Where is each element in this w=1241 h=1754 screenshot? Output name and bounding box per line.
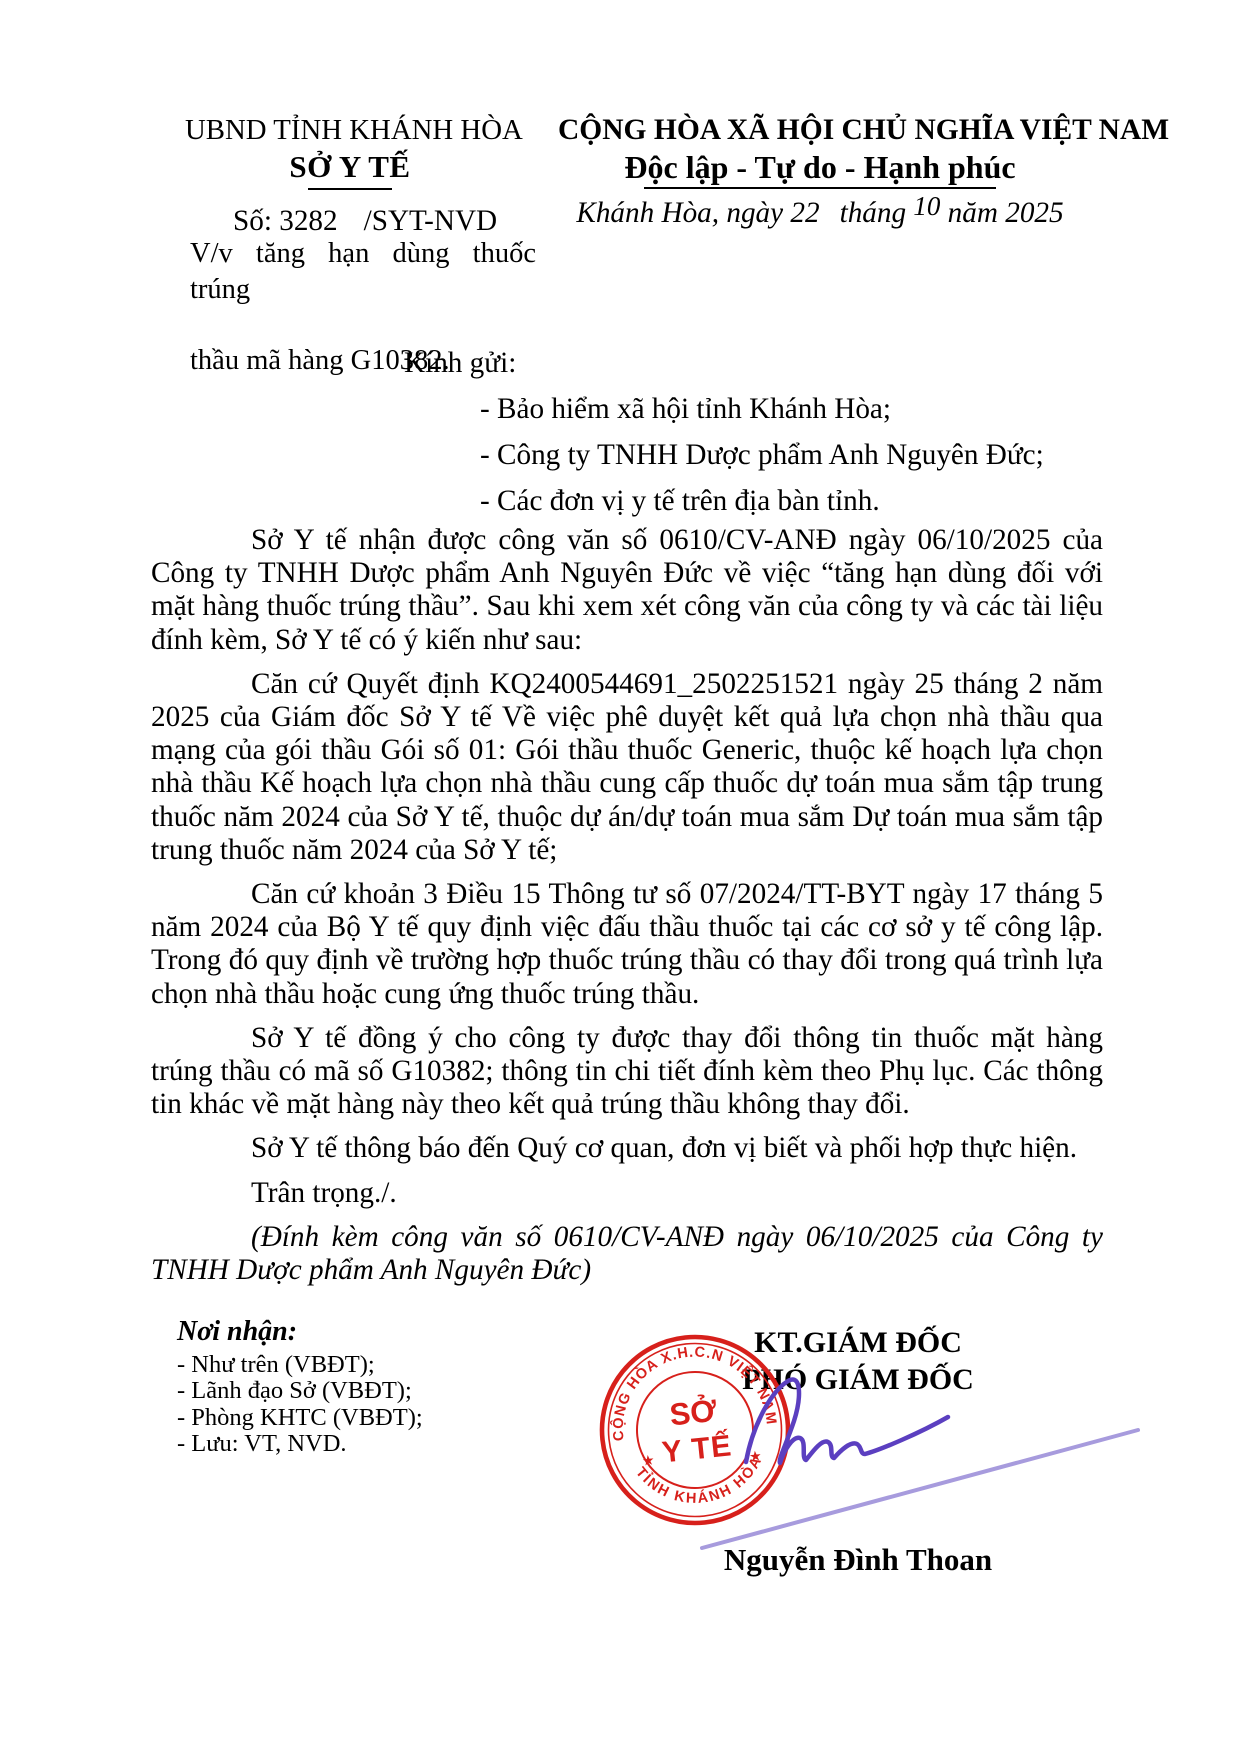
subject-line-1: V/v tăng hạn dùng thuốc trúng [190,236,536,343]
motto-underline [644,187,996,189]
national-motto-line-1: CỘNG HÒA XÃ HỘI CHỦ NGHĨA VIỆT NAM [558,112,1082,148]
recipient-line: - Công ty TNHH Dược phẩm Anh Nguyên Đức; [480,432,1103,478]
cc-item: - Phòng KHTC (VBĐT); [177,1405,423,1431]
document-page: UBND TỈNH KHÁNH HÒA SỞ Y TẾ Số: 3282/SYT… [0,0,1241,1754]
paragraph: Sở Y tế đồng ý cho công ty được thay đổi… [151,1022,1103,1122]
place-date-prefix: Khánh Hòa, ngày 22 [576,197,819,229]
paragraph: Căn cứ Quyết định KQ2400544691_250225152… [151,668,1103,867]
paragraph: Sở Y tế thông báo đến Quý cơ quan, đơn v… [151,1132,1103,1165]
cc-list: - Như trên (VBĐT); - Lãnh đạo Sở (VBĐT);… [177,1352,423,1458]
paragraph: Sở Y tế nhận được công văn số 0610/CV-AN… [151,524,1103,657]
month-label: tháng [840,197,906,229]
national-motto-line-2: Độc lập - Tự do - Hạnh phúc [558,148,1082,186]
recipient-line: - Bảo hiểm xã hội tỉnh Khánh Hòa; [480,386,1103,432]
stamp-star-right-icon: ★ [748,1449,762,1465]
stamp-center-line-1: SỞ [668,1392,719,1433]
issuer-org: SỞ Y TẾ [185,148,515,186]
stamp-star-left-icon: ★ [641,1453,655,1469]
paragraph: Căn cứ khoản 3 Điều 15 Thông tư số 07/20… [151,878,1103,1011]
document-number: Số: 3282 [233,205,338,237]
issuer-parent-org: UBND TỈNH KHÁNH HÒA [185,112,515,148]
cc-item: - Lãnh đạo Sở (VBĐT); [177,1378,423,1404]
document-number-suffix: /SYT-NVD [364,205,498,237]
salutation-block: Kính gửi: - Bảo hiểm xã hội tỉnh Khánh H… [151,340,1103,524]
issuer-block: UBND TỈNH KHÁNH HÒA SỞ Y TẾ [185,112,515,190]
national-header-block: CỘNG HÒA XÃ HỘI CHỦ NGHĨA VIỆT NAM Độc l… [558,112,1082,230]
cc-item: - Như trên (VBĐT); [177,1352,423,1378]
signer-name: Nguyễn Đình Thoan [658,1542,1058,1578]
closing-line: Trân trọng./. [151,1177,1103,1210]
stamp-center-line-2: Y TẾ [660,1428,733,1469]
cc-item: - Lưu: VT, NVD. [177,1431,423,1457]
letter-body: Kính gửi: - Bảo hiểm xã hội tỉnh Khánh H… [151,340,1103,1298]
month-value: 10 [913,191,940,221]
year-suffix: năm 2025 [948,197,1064,229]
official-stamp: CỘNG HÒA X.H.C.N VIỆT NAM TỈNH KHÁNH HÒA… [598,1333,792,1527]
issuer-underline [308,188,392,190]
recipient-line: - Các đơn vị y tế trên địa bàn tỉnh. [480,478,1103,524]
salutation: Kính gửi: [404,340,1103,386]
attachment-note: (Đính kèm công văn số 0610/CV-ANĐ ngày 0… [151,1221,1103,1287]
place-date-line: Khánh Hòa, ngày 22tháng 10 năm 2025 [558,197,1082,230]
cc-label: Nơi nhận: [177,1316,297,1348]
document-number-line: Số: 3282/SYT-NVD [233,205,497,238]
